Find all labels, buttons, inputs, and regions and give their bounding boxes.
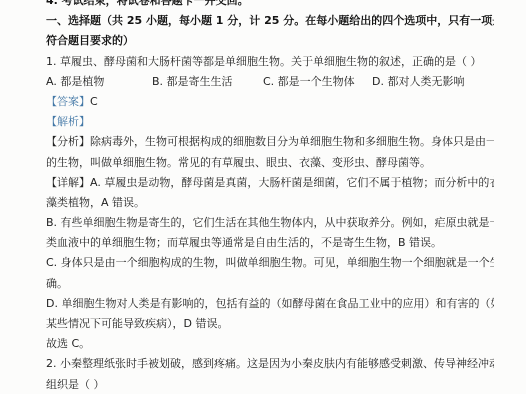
- explanation-line: D. 单细胞生物对人类是有影响的，包括有益的（如酵母菌在食品工业中的应用）和有害…: [46, 294, 494, 314]
- answer-line: 【答案】C: [46, 92, 494, 112]
- question2-stem-line2: 组织是（ ）: [46, 375, 494, 394]
- analysis-label: 【解析】: [46, 112, 494, 132]
- document-content: 4. 考试结束，将试卷和答题卡一并交回。 一、选择题（共 25 小题，每小题 1…: [46, 0, 494, 394]
- answer-label: 【答案】: [46, 95, 90, 108]
- section-heading-line2: 符合题目要求的）: [46, 31, 494, 51]
- document-page: 4. 考试结束，将试卷和答题卡一并交回。 一、选择题（共 25 小题，每小题 1…: [0, 0, 526, 394]
- explanation-line: 类血液中的单细胞生物；而草履虫等通常是自由生活的，不是寄生生物，B 错误。: [46, 233, 494, 253]
- explanation-line: 确。: [46, 274, 494, 294]
- question1-option-b: B. 都是寄生生活: [152, 72, 263, 92]
- question1-options-row: A. 都是植物 B. 都是寄生生活 C. 都是一个生物体 D. 都对人类无影响: [46, 72, 494, 92]
- explanation-line: 藻类植物，A 错误。: [46, 193, 494, 213]
- explanation-line: 某些情况下可能导致疾病），D 错误。: [46, 314, 494, 334]
- explanation-line: B. 有些单细胞生物是寄生的，它们生活在其他生物体内，从中获取养分。例如，疟原虫…: [46, 213, 494, 233]
- exam-notice-line: 4. 考试结束，将试卷和答题卡一并交回。: [46, 0, 494, 11]
- question1-option-d: D. 都对人类无影响: [372, 72, 494, 92]
- conclusion-line: 故选 C。: [46, 334, 494, 354]
- question2-stem-line1: 2. 小秦整理纸张时手被划破，感到疼痛。这是因为小秦皮肤内有能够感受刺激、传导神…: [46, 354, 494, 374]
- explanation-line: 【详解】A. 草履虫是动物，酵母菌是真菌，大肠杆菌是细菌，它们不属于植物；而分析…: [46, 173, 494, 193]
- answer-value: C: [90, 95, 98, 108]
- question1-stem: 1. 草履虫、酵母菌和大肠杆菌等都是单细胞生物。关于单细胞生物的叙述，正确的是（…: [46, 52, 494, 72]
- explanation-line: 【分析】除病毒外，生物可根据构成的细胞数目分为单细胞生物和多细胞生物。身体只是由…: [46, 132, 494, 152]
- question1-option-a: A. 都是植物: [46, 72, 152, 92]
- question1-option-c: C. 都是一个生物体: [263, 72, 372, 92]
- section-heading-line1: 一、选择题（共 25 小题，每小题 1 分，计 25 分。在每小题给出的四个选项…: [46, 11, 494, 31]
- explanation-line: 的生物，叫做单细胞生物。常见的有草履虫、眼虫、衣藻、变形虫、酵母菌等。: [46, 153, 494, 173]
- explanation-line: C. 身体只是由一个细胞构成的生物，叫做单细胞生物。可见，单细胞生物一个细胞就是…: [46, 253, 494, 273]
